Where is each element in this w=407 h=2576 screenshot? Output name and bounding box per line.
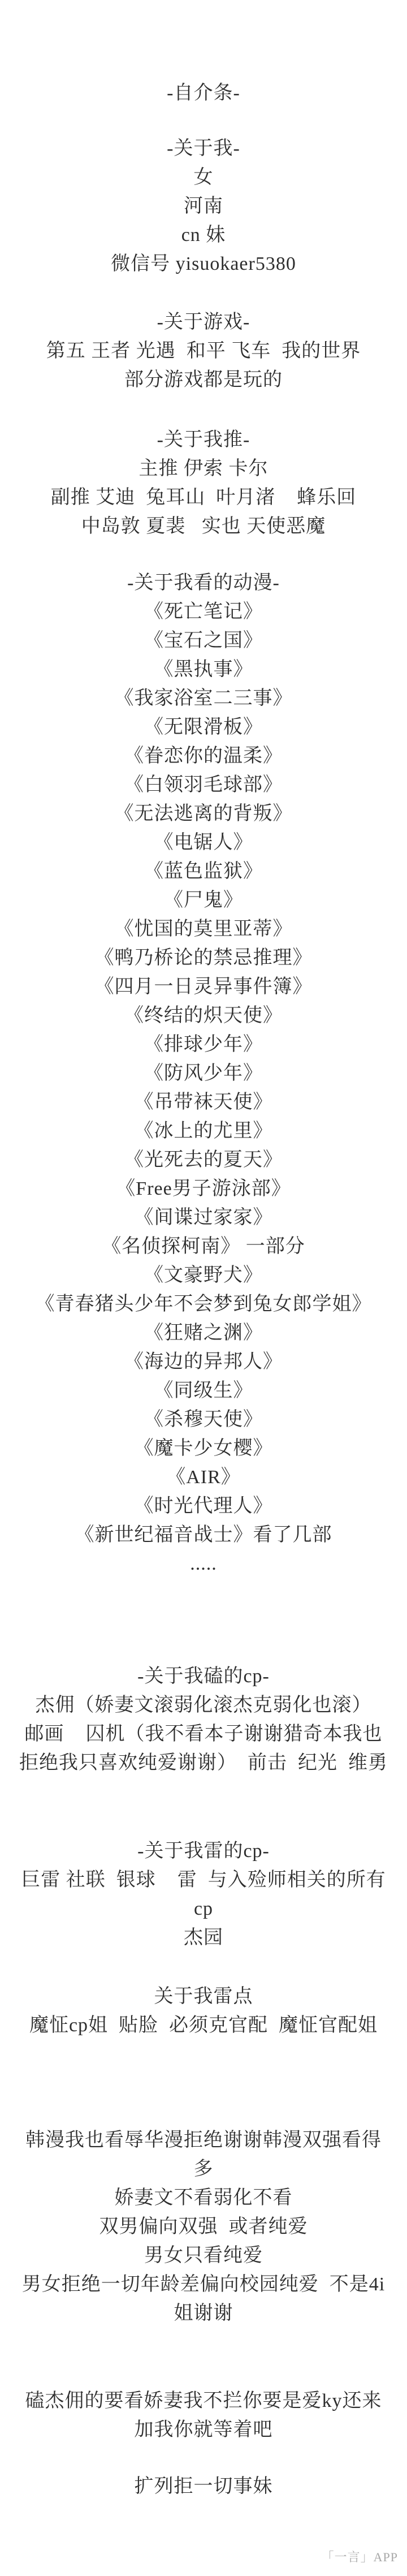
about-favorites-line-1: 主推 伊索 卡尔 [0, 454, 407, 483]
ships-cp-line-1: 杰佣（娇妻文滚弱化滚杰克弱化也滚） [0, 1691, 407, 1720]
about-anime-line-2: 《宝石之国》 [0, 626, 407, 655]
hated-cp-line-0: -关于我雷的cp- [0, 1837, 407, 1866]
section-reading-preferences: 韩漫我也看辱华漫拒绝谢谢韩漫双强看得多娇妻文不看弱化不看双男偏向双强 或者纯爱男… [0, 2126, 407, 2328]
section-ships-cp: -关于我磕的cp-杰佣（娇妻文滚弱化滚杰克弱化也滚）邮画 囚机（我不看本子谢谢猎… [0, 1662, 407, 1777]
self-intro-note: -自介条--关于我-女河南cn 妹微信号 yisuokaer5380-关于游戏-… [0, 0, 407, 2576]
dislike-points-line-0: 关于我雷点 [0, 1982, 407, 2011]
about-anime-line-34: ..... [0, 1549, 407, 1578]
about-anime-line-0: -关于我看的动漫- [0, 568, 407, 597]
dislike-points-line-1: 魔怔cp姐 贴脸 必须克官配 魔怔官配姐 [0, 2011, 407, 2040]
about-anime-line-15: 《终结的炽天使》 [0, 1001, 407, 1030]
about-anime-line-25: 《青春猪头少年不会梦到兔女郎学姐》 [0, 1290, 407, 1319]
reading-preferences-line-3: 双男偏向双强 或者纯爱 [0, 2212, 407, 2241]
ships-cp-line-0: -关于我磕的cp- [0, 1662, 407, 1691]
about-favorites-line-2: 副推 艾迪 兔耳山 叶月渚 蜂乐回 [0, 483, 407, 512]
reading-preferences-line-4: 男女只看纯爱 [0, 2241, 407, 2270]
about-favorites-line-3: 中岛敦 夏裴 实也 天使恶魔 [0, 512, 407, 541]
about-anime-line-20: 《光死去的夏天》 [0, 1145, 407, 1174]
reading-preferences-line-5: 男女拒绝一切年龄差偏向校园纯爱 不是4i [0, 2270, 407, 2299]
reading-preferences-line-2: 娇妻文不看弱化不看 [0, 2183, 407, 2212]
about-games-line-2: 部分游戏都是玩的 [0, 365, 407, 394]
about-favorites-line-0: -关于我推- [0, 425, 407, 454]
about-anime-line-14: 《四月一日灵异事件簿》 [0, 972, 407, 1001]
about-anime-line-13: 《鸭乃桥论的禁忌推理》 [0, 944, 407, 972]
about-me-line-0: -关于我- [0, 134, 407, 163]
about-me-line-2: 河南 [0, 192, 407, 221]
about-anime-line-18: 《吊带袜天使》 [0, 1088, 407, 1117]
section-title: -自介条- [0, 79, 407, 107]
section-about-me: -关于我-女河南cn 妹微信号 yisuokaer5380 [0, 134, 407, 278]
yiyan-app-watermark: 「一言」APP [322, 2549, 398, 2566]
warning-line-0: 磕杰佣的要看娇妻我不拦你要是爱ky还来 [0, 2387, 407, 2415]
about-me-line-3: cn 妹 [0, 221, 407, 249]
about-games-line-1: 第五 王者 光遇 和平 飞车 我的世界 [0, 337, 407, 365]
about-anime-line-31: 《AIR》 [0, 1463, 407, 1492]
about-anime-line-6: 《眷恋你的温柔》 [0, 742, 407, 770]
reading-preferences-line-1: 多 [0, 2155, 407, 2183]
about-anime-line-21: 《Free男子游泳部》 [0, 1174, 407, 1203]
section-friend-request-rule: 扩列拒一切事妹 [0, 2472, 407, 2501]
about-anime-line-1: 《死亡笔记》 [0, 597, 407, 626]
reading-preferences-line-0: 韩漫我也看辱华漫拒绝谢谢韩漫双强看得 [0, 2126, 407, 2155]
warning-line-1: 加我你就等着吧 [0, 2415, 407, 2444]
about-anime-line-29: 《杀穆天使》 [0, 1405, 407, 1434]
about-anime-line-24: 《文豪野犬》 [0, 1261, 407, 1290]
about-anime-line-8: 《无法逃离的背叛》 [0, 799, 407, 828]
about-anime-line-16: 《排球少年》 [0, 1030, 407, 1059]
about-anime-line-28: 《同级生》 [0, 1376, 407, 1405]
title-line-0: -自介条- [0, 79, 407, 107]
about-anime-line-12: 《忧国的莫里亚蒂》 [0, 915, 407, 944]
about-anime-line-27: 《海边的异邦人》 [0, 1347, 407, 1376]
hated-cp-line-3: 杰园 [0, 1923, 407, 1952]
about-anime-line-22: 《间谍过家家》 [0, 1203, 407, 1232]
friend-request-rule-line-0: 扩列拒一切事妹 [0, 2472, 407, 2501]
about-anime-line-7: 《白领羽毛球部》 [0, 770, 407, 799]
section-about-games: -关于游戏-第五 王者 光遇 和平 飞车 我的世界部分游戏都是玩的 [0, 308, 407, 394]
about-anime-line-11: 《尸鬼》 [0, 886, 407, 915]
section-about-favorites: -关于我推-主推 伊索 卡尔副推 艾迪 兔耳山 叶月渚 蜂乐回中岛敦 夏裴 实也… [0, 425, 407, 541]
hated-cp-line-2: cp [0, 1894, 407, 1923]
about-anime-line-17: 《防风少年》 [0, 1059, 407, 1088]
about-anime-line-9: 《电锯人》 [0, 828, 407, 857]
about-me-line-1: 女 [0, 163, 407, 192]
about-anime-line-10: 《蓝色监狱》 [0, 857, 407, 886]
hated-cp-line-1: 巨雷 社联 银球 雷 与入殓师相关的所有 [0, 1866, 407, 1894]
ships-cp-line-3: 拒绝我只喜欢纯爱谢谢） 前击 纪光 维勇 [0, 1748, 407, 1777]
about-anime-line-26: 《狂赌之渊》 [0, 1319, 407, 1347]
about-anime-line-4: 《我家浴室二三事》 [0, 684, 407, 713]
about-anime-line-3: 《黑执事》 [0, 655, 407, 684]
about-anime-line-33: 《新世纪福音战士》看了几部 [0, 1520, 407, 1549]
about-anime-line-23: 《名侦探柯南》 一部分 [0, 1232, 407, 1261]
about-anime-line-5: 《无限滑板》 [0, 713, 407, 742]
about-anime-line-19: 《冰上的尤里》 [0, 1117, 407, 1145]
about-games-line-0: -关于游戏- [0, 308, 407, 337]
about-me-line-4: 微信号 yisuokaer5380 [0, 249, 407, 278]
section-warning: 磕杰佣的要看娇妻我不拦你要是爱ky还来加我你就等着吧 [0, 2387, 407, 2444]
reading-preferences-line-6: 姐谢谢 [0, 2299, 407, 2328]
about-anime-line-32: 《时光代理人》 [0, 1492, 407, 1520]
section-about-anime: -关于我看的动漫-《死亡笔记》《宝石之国》《黑执事》《我家浴室二三事》《无限滑板… [0, 568, 407, 1578]
ships-cp-line-2: 邮画 囚机（我不看本子谢谢猎奇本我也 [0, 1720, 407, 1748]
section-hated-cp: -关于我雷的cp-巨雷 社联 银球 雷 与入殓师相关的所有cp杰园 [0, 1837, 407, 1952]
about-anime-line-30: 《魔卡少女樱》 [0, 1434, 407, 1463]
section-dislike-points: 关于我雷点魔怔cp姐 贴脸 必须克官配 魔怔官配姐 [0, 1982, 407, 2040]
